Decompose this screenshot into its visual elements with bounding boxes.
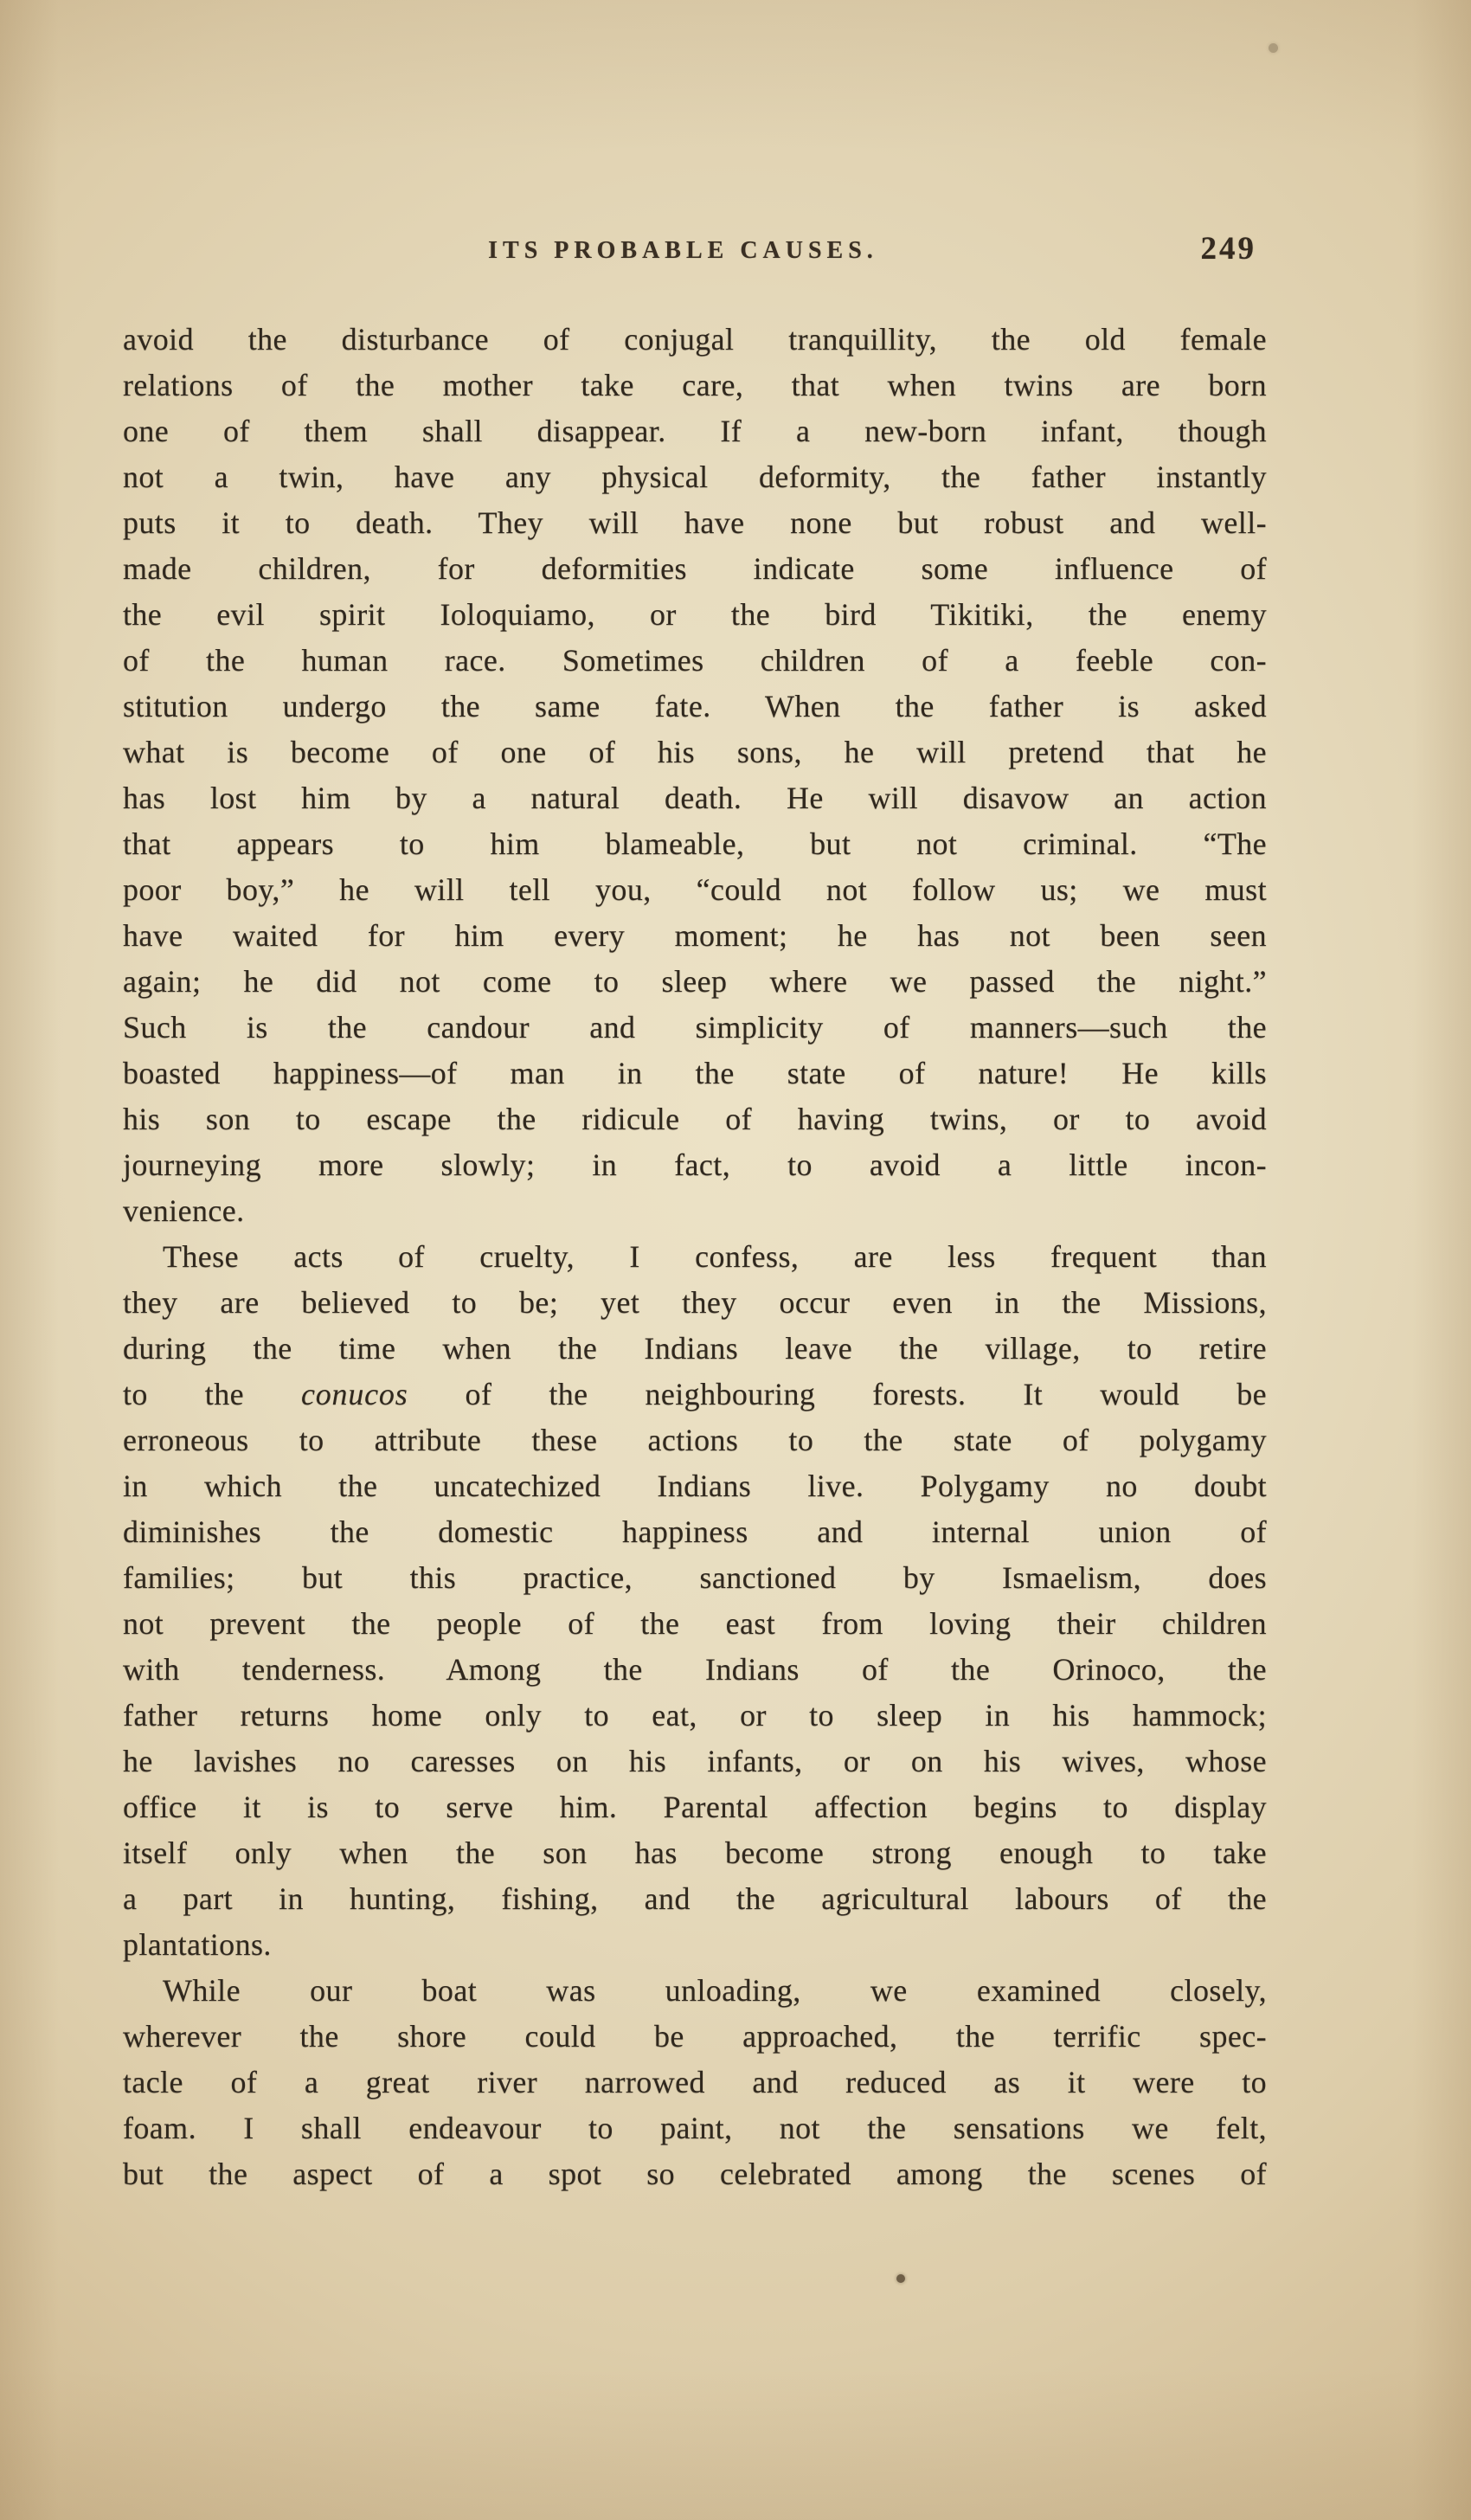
text-line: in which the uncatechized Indians live. … bbox=[123, 1463, 1267, 1509]
running-head: ITS PROBABLE CAUSES. 249 bbox=[123, 235, 1267, 277]
ink-speck-top-right bbox=[1269, 43, 1278, 53]
text-line: made children, for deformities indicate … bbox=[123, 546, 1267, 592]
text-line: his son to escape the ridicule of having… bbox=[123, 1096, 1267, 1142]
page-title: ITS PROBABLE CAUSES. bbox=[488, 237, 878, 265]
text-line: that appears to him blameable, but not c… bbox=[123, 821, 1267, 867]
text-line: what is become of one of his sons, he wi… bbox=[123, 730, 1267, 775]
text-line: avoid the disturbance of conjugal tranqu… bbox=[123, 317, 1267, 363]
text-line: boasted happiness—of man in the state of… bbox=[123, 1051, 1267, 1096]
text-line: has lost him by a natural death. He will… bbox=[123, 775, 1267, 821]
text-line: one of them shall disappear. If a new-bo… bbox=[123, 408, 1267, 454]
text-line: but the aspect of a spot so celebrated a… bbox=[123, 2151, 1267, 2197]
text-line: erroneous to attribute these actions to … bbox=[123, 1417, 1267, 1463]
text-line: poor boy,” he will tell you, “could not … bbox=[123, 867, 1267, 913]
text-line: with tenderness. Among the Indians of th… bbox=[123, 1647, 1267, 1693]
text-line: office it is to serve him. Parental affe… bbox=[123, 1784, 1267, 1830]
text-line: families; but this practice, sanctioned … bbox=[123, 1555, 1267, 1601]
text-line: puts it to death. They will have none bu… bbox=[123, 500, 1267, 546]
text-line: he lavishes no caresses on his infants, … bbox=[123, 1739, 1267, 1784]
text-line: itself only when the son has become stro… bbox=[123, 1830, 1267, 1876]
book-page-scan: { "colors": { "paper_center": "#ece2c6",… bbox=[0, 0, 1471, 2520]
text-line: of the human race. Sometimes children of… bbox=[123, 638, 1267, 684]
text-line: wherever the shore could be approached, … bbox=[123, 2014, 1267, 2060]
text-line: tacle of a great river narrowed and redu… bbox=[123, 2060, 1267, 2105]
text-line: relations of the mother take care, that … bbox=[123, 363, 1267, 408]
text-line: plantations. bbox=[123, 1922, 1267, 1968]
ink-speck-bottom bbox=[896, 2274, 905, 2283]
text-line: While our boat was unloading, we examine… bbox=[123, 1968, 1267, 2014]
text-line: not a twin, have any physical deformity,… bbox=[123, 454, 1267, 500]
text-line: to the conucos of the neighbouring fores… bbox=[123, 1372, 1267, 1417]
text-line: stitution undergo the same fate. When th… bbox=[123, 684, 1267, 730]
text-line: have waited for him every moment; he has… bbox=[123, 913, 1267, 959]
text-line: venience. bbox=[123, 1188, 1267, 1234]
text-line: during the time when the Indians leave t… bbox=[123, 1326, 1267, 1372]
page-body: avoid the disturbance of conjugal tranqu… bbox=[123, 317, 1267, 2197]
text-line: the evil spirit Ioloquiamo, or the bird … bbox=[123, 592, 1267, 638]
page-number: 249 bbox=[1201, 230, 1257, 267]
text-line: foam. I shall endeavour to paint, not th… bbox=[123, 2105, 1267, 2151]
text-line: again; he did not come to sleep where we… bbox=[123, 959, 1267, 1005]
text-line: father returns home only to eat, or to s… bbox=[123, 1693, 1267, 1739]
text-line: a part in hunting, fishing, and the agri… bbox=[123, 1876, 1267, 1922]
text-line: journeying more slowly; in fact, to avoi… bbox=[123, 1142, 1267, 1188]
text-line: not prevent the people of the east from … bbox=[123, 1601, 1267, 1647]
text-line: These acts of cruelty, I confess, are le… bbox=[123, 1234, 1267, 1280]
text-line: they are believed to be; yet they occur … bbox=[123, 1280, 1267, 1326]
text-line: diminishes the domestic happiness and in… bbox=[123, 1509, 1267, 1555]
text-line: Such is the candour and simplicity of ma… bbox=[123, 1005, 1267, 1051]
